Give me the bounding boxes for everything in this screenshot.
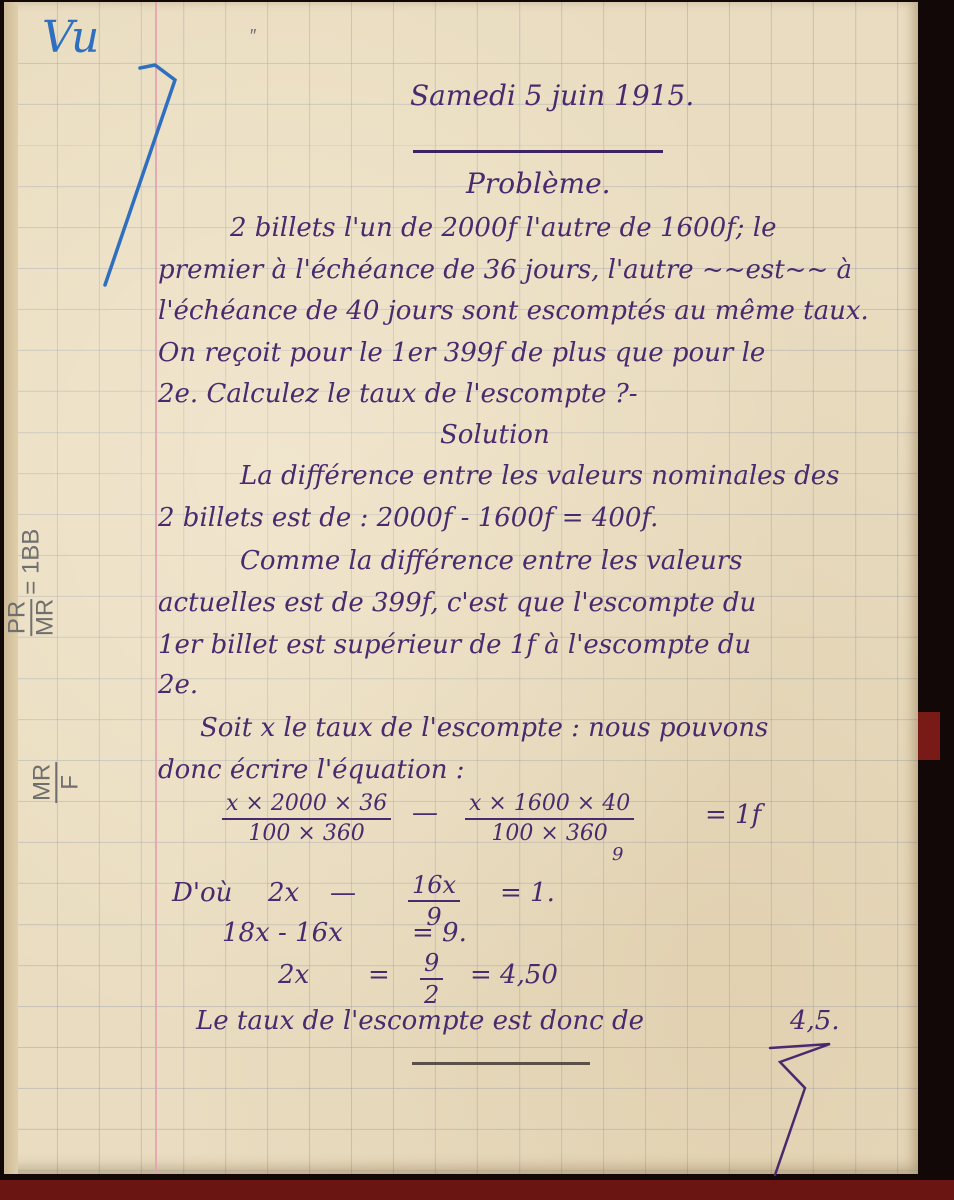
- term1-numerator: x × 2000 × 36: [222, 792, 391, 820]
- problem-heading: Problème.: [466, 170, 611, 198]
- term1-denominator: 100 × 360: [248, 820, 364, 846]
- equation-minus: —: [412, 800, 438, 826]
- solution-line-6: 2e.: [158, 672, 198, 698]
- solution-line-4: actuelles est de 399f, c'est que l'escom…: [158, 590, 756, 616]
- step-1-op: —: [330, 880, 356, 906]
- end-underline: [412, 1062, 590, 1065]
- step-3-frac-num: 9: [420, 950, 443, 980]
- conclusion-text: Le taux de l'escompte est donc de: [196, 1008, 644, 1034]
- pencil-rhs: = 1BB: [18, 529, 46, 595]
- pencil-ratio-pr-mr: PR MR = 1BB: [4, 529, 59, 636]
- conclusion-value: 4,5.: [790, 1008, 840, 1034]
- solution-heading: Solution: [440, 422, 550, 448]
- teacher-check-stroke: [95, 40, 195, 290]
- solution-line-2: 2 billets est de : 2000f - 1600f = 400f.: [158, 505, 658, 531]
- step-2-rhs: = 9.: [412, 920, 467, 946]
- problem-line-1: 2 billets l'un de 2000f l'autre de 1600f…: [230, 215, 776, 241]
- equation-term-1: x × 2000 × 36 100 × 360: [222, 792, 391, 846]
- step-3-frac-den: 2: [424, 980, 439, 1008]
- step-1-lhs: 2x: [268, 880, 299, 906]
- solution-line-3: Comme la différence entre les valeurs: [240, 548, 743, 574]
- pencil-ratio-mr-f: MR F: [29, 762, 84, 803]
- term2-denominator: 100 × 360: [491, 820, 607, 846]
- step-3-lhs: 2x: [278, 962, 309, 988]
- date-heading: Samedi 5 juin 1915.: [410, 82, 694, 110]
- teacher-mark-vu: Vu: [42, 12, 99, 63]
- problem-line-2: premier à l'échéance de 36 jours, l'autr…: [158, 257, 852, 283]
- solution-line-1: La différence entre les valeurs nominale…: [240, 463, 840, 489]
- term2-simplified-note: 9: [612, 846, 623, 864]
- step-3-fraction: 9 2: [420, 950, 443, 1009]
- step-3-rhs: = 4,50: [470, 962, 558, 988]
- date-underline: [413, 150, 663, 153]
- pencil-ratio-1: [100, 410, 160, 610]
- step-1-rhs: = 1.: [500, 880, 555, 906]
- pencil-num-mr: MR: [29, 762, 57, 803]
- solution-line-8: donc écrire l'équation :: [158, 757, 465, 783]
- term2-numerator: x × 1600 × 40: [465, 792, 634, 820]
- pencil-tick: ″: [250, 26, 256, 47]
- problem-line-4: On reçoit pour le 1er 399f de plus que p…: [158, 340, 765, 366]
- pencil-num-pr: PR: [4, 599, 32, 636]
- step-3-eq: =: [368, 962, 390, 988]
- pencil-den-f: F: [58, 775, 84, 790]
- notebook-cover-edge: [0, 1180, 954, 1200]
- step-2-lhs: 18x - 16x: [222, 920, 343, 946]
- step-1-label: D'où: [172, 880, 232, 906]
- problem-line-3: l'échéance de 40 jours sont escomptés au…: [158, 298, 869, 324]
- red-tab: [916, 712, 940, 760]
- step-1-frac-num: 16x: [408, 872, 460, 902]
- teacher-zigzag-mark: [760, 1040, 850, 1180]
- equation-term-2: x × 1600 × 40 100 × 360: [465, 792, 634, 846]
- solution-line-7: Soit x le taux de l'escompte : nous pouv…: [200, 715, 768, 741]
- solution-line-5: 1er billet est supérieur de 1f à l'escom…: [158, 632, 751, 658]
- problem-line-5: 2e. Calculez le taux de l'escompte ?-: [158, 381, 638, 407]
- pencil-den-mr: MR: [33, 599, 59, 636]
- equation-rhs: = 1f: [705, 802, 761, 828]
